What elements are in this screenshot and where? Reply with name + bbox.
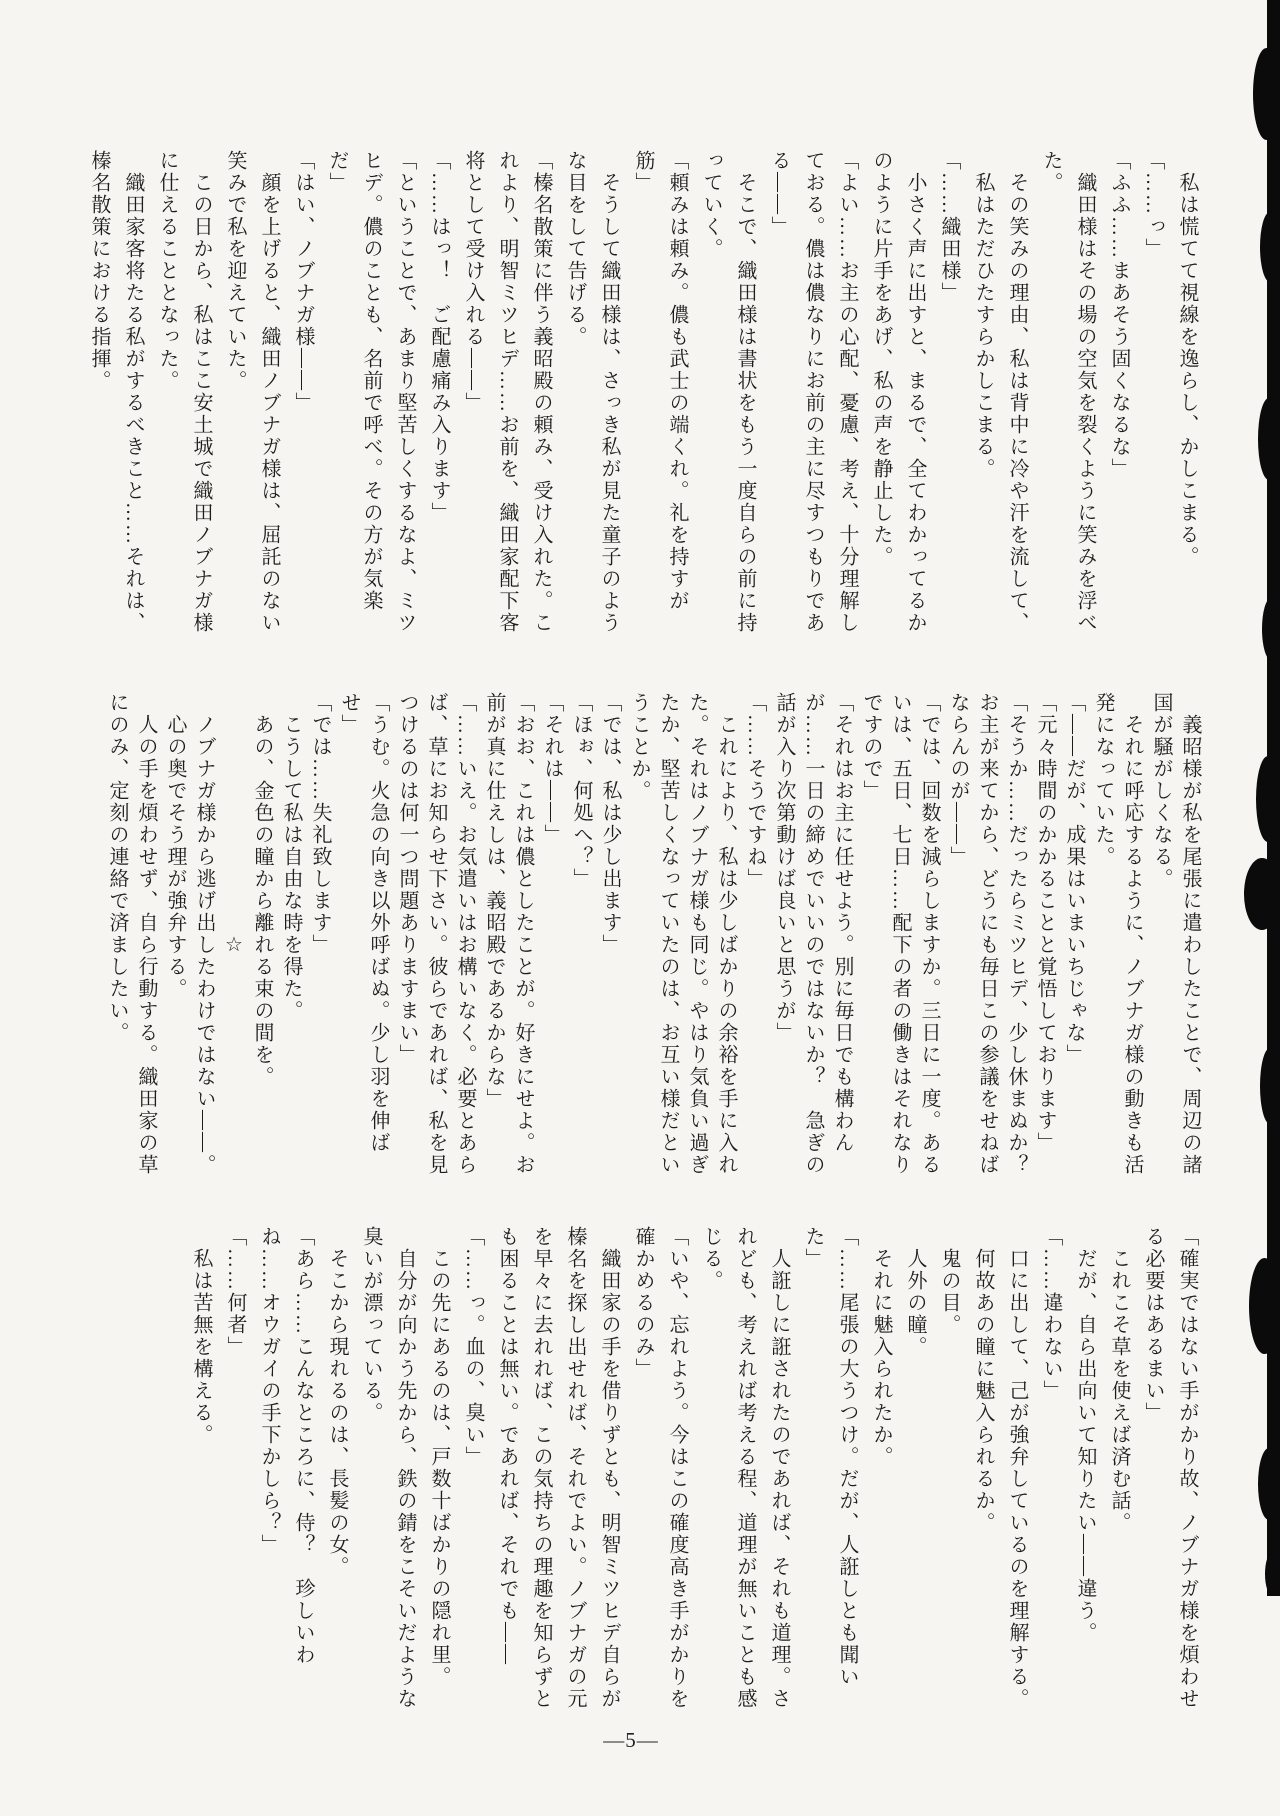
paragraph: ノブナガ様から逃げ出したわけではない――。 — [189, 692, 218, 1180]
paragraph: そこで、織田様は書状をもう一度自らの前に持っていく。 — [694, 150, 762, 638]
paragraph: 心の奥でそう理が強弁する。 — [160, 692, 189, 1180]
paragraph: 人外の瞳。 — [898, 1226, 932, 1714]
paragraph: 何故あの瞳に魅入られるか。 — [966, 1226, 1000, 1714]
paragraph: これにより、私は少しばかりの余裕を手に入れた。それはノブナガ様も同じ。やはり気負… — [624, 692, 740, 1180]
paragraph: その笑みの理由、私は背中に冷や汗を流して、 — [1000, 150, 1034, 638]
scan-edge-blob — [1253, 48, 1280, 140]
paragraph: 「あら……こんなところに、侍？ 珍しいわね……オウガイの手下かしら？」 — [252, 1226, 320, 1714]
scanned-novel-page: 私は慌てて視線を逸らし、かしこまる。「……っ」「ふふ……まあそう固くなるな」 織… — [0, 0, 1280, 1816]
paragraph: 「……はっ！ ご配慮痛み入ります」 — [422, 150, 456, 638]
paragraph: 義昭様が私を尾張に遣わしたことで、周辺の諸国が騒がしくなる。 — [1146, 692, 1204, 1180]
paragraph: 「……尾張の大うつけ。だが、人誑しとも聞いた」 — [796, 1226, 864, 1714]
scan-edge-blob — [1249, 1258, 1280, 1354]
paragraph: 「それは――」 — [537, 692, 566, 1180]
paragraph: 「うむ。火急の向き以外呼ばぬ。少し羽を伸ばせ」 — [334, 692, 392, 1180]
paragraph: 鬼の目。 — [932, 1226, 966, 1714]
paragraph: 「ということで、あまり堅苦しくするなよ、ミツヒデ。儂のことも、名前で呼べ。その方… — [320, 150, 422, 638]
paragraph: 「では、私は少し出ます」 — [595, 692, 624, 1180]
paragraph: 「ふふ……まあそう固くなるな」 — [1102, 150, 1136, 638]
scan-edge-blob — [1260, 212, 1280, 282]
text-band-middle: 義昭様が私を尾張に遣わしたことで、周辺の諸国が騒がしくなる。 それに呼応するよう… — [55, 692, 1204, 1180]
star-divider: ☆ — [218, 692, 247, 1180]
paragraph: 「元々時間のかかることと覚悟しております」 — [1030, 692, 1059, 1180]
paragraph: 「……っ」 — [1136, 150, 1170, 638]
paragraph: 人の手を煩わせず、自ら行動する。織田家の草にのみ、定刻の連絡で済ましたい。 — [102, 692, 160, 1180]
paragraph: それに魅入られたか。 — [864, 1226, 898, 1714]
text-band-top: 私は慌てて視線を逸らし、かしこまる。「……っ」「ふふ……まあそう固くなるな」 織… — [55, 150, 1204, 638]
paragraph: 「それはお主に任せよう。別に毎日でも構わんが……一日の締めでいいのではないか？ … — [769, 692, 856, 1180]
paragraph: 「――だが、成果はいまいちじゃな」 — [1059, 692, 1088, 1180]
paragraph: 「頼みは頼み。儂も武士の端くれ。礼を持すが筋」 — [626, 150, 694, 638]
scan-edge-blob — [1258, 1448, 1280, 1520]
paragraph: 「では、回数を減らしますか。三日に一度。あるいは、五日、七日……配下の者の働きは… — [856, 692, 943, 1180]
paragraph: 人誑しに誑されたのであれば、それも道理。されども、考えれば考える程、道理が無いこ… — [694, 1226, 796, 1714]
scan-edge-blob — [1256, 756, 1280, 842]
paragraph: 「ほぉ、何処へ？」 — [566, 692, 595, 1180]
paragraph: 「……織田様」 — [932, 150, 966, 638]
paragraph: 「はい、ノブナガ様――」 — [286, 150, 320, 638]
paragraph: 「……違わない」 — [1034, 1226, 1068, 1714]
paragraph: 私は慌てて視線を逸らし、かしこまる。 — [1170, 150, 1204, 638]
paragraph: 私は苦無を構える。 — [184, 1226, 218, 1714]
scan-edge-blob — [1262, 598, 1280, 660]
paragraph: 「……そうですね」 — [740, 692, 769, 1180]
paragraph: 「よい……お主の心配、憂慮、考え、十分理解しておる。儂は儂なりにお前の主に尽すつ… — [762, 150, 864, 638]
paragraph: 「榛名散策に伴う義昭殿の頼み、受け入れた。これより、明智ミツヒデ……お前を、織田… — [456, 150, 558, 638]
scan-edge-blob — [1260, 1048, 1280, 1124]
paragraph: これこそ草を使えば済む話。 — [1102, 1226, 1136, 1714]
paragraph: この日から、私はここ安土城で織田ノブナガ様に仕えることとなった。 — [150, 150, 218, 638]
paragraph: 「いや、忘れよう。今はこの確度高き手がかりを確かめるのみ」 — [626, 1226, 694, 1714]
paragraph: 口に出して、己が強弁しているのを理解する。 — [1000, 1226, 1034, 1714]
page-number: ―5― — [0, 1728, 1262, 1753]
paragraph: それに呼応するように、ノブナガ様の動きも活発になっていた。 — [1088, 692, 1146, 1180]
paragraph: 「おお、これは儂としたことが。好きにせよ。お前が真に仕えしは、義昭殿であるからな… — [479, 692, 537, 1180]
paragraph: こうして私は自由な時を得た。 — [276, 692, 305, 1180]
paragraph: 織田家の手を借りずとも、明智ミツヒデ自らが榛名を探し出せれば、それでよい。ノブナ… — [490, 1226, 626, 1714]
paragraph: 織田様はその場の空気を裂くように笑みを浮べた。 — [1034, 150, 1102, 638]
scan-edge-blob — [1265, 1552, 1280, 1596]
paragraph: だが、自ら出向いて知りたい――違う。 — [1068, 1226, 1102, 1714]
paragraph: 小さく声に出すと、まるで、全てわかってるかのように片手をあげ、私の声を静止した。 — [864, 150, 932, 638]
paragraph: そうして織田様は、さっき私が見た童子のような目をして告げる。 — [558, 150, 626, 638]
paragraph: 私はただひたすらかしこまる。 — [966, 150, 1000, 638]
paragraph: 「では……失礼致します」 — [305, 692, 334, 1180]
paragraph: そこから現れるのは、長髪の女。 — [320, 1226, 354, 1714]
paragraph: 「確実ではない手がかり故、ノブナガ様を煩わせる必要はあるまい」 — [1136, 1226, 1204, 1714]
paragraph: あの、金色の瞳から離れる束の間を。 — [247, 692, 276, 1180]
paragraph: この先にあるのは、戸数十ばかりの隠れ里。 — [422, 1226, 456, 1714]
paragraph: 自分が向かう先から、鉄の錆をこそいだような臭いが漂っている。 — [354, 1226, 422, 1714]
paragraph: 「……いえ。お気遣いはお構いなく。必要とあらば、草にお知らせ下さい。彼らであれば… — [392, 692, 479, 1180]
paragraph: 「……何者」 — [218, 1226, 252, 1714]
paragraph: 「……っ。血の、臭い」 — [456, 1226, 490, 1714]
paragraph: 織田家客将たる私がするべきこと……それは、榛名散策における指揮。 — [82, 150, 150, 638]
scan-edge-blob — [1244, 858, 1280, 930]
text-band-bottom: 「確実ではない手がかり故、ノブナガ様を煩わせる必要はあるまい」 これこそ草を使え… — [55, 1226, 1204, 1714]
scan-edge-blob — [1258, 398, 1280, 480]
paragraph: 「そうか……だったらミツヒデ、少し休まぬか？ お主が来てから、どうにも毎日この参… — [943, 692, 1030, 1180]
paragraph: 顔を上げると、織田ノブナガ様は、屈託のない笑みで私を迎えていた。 — [218, 150, 286, 638]
